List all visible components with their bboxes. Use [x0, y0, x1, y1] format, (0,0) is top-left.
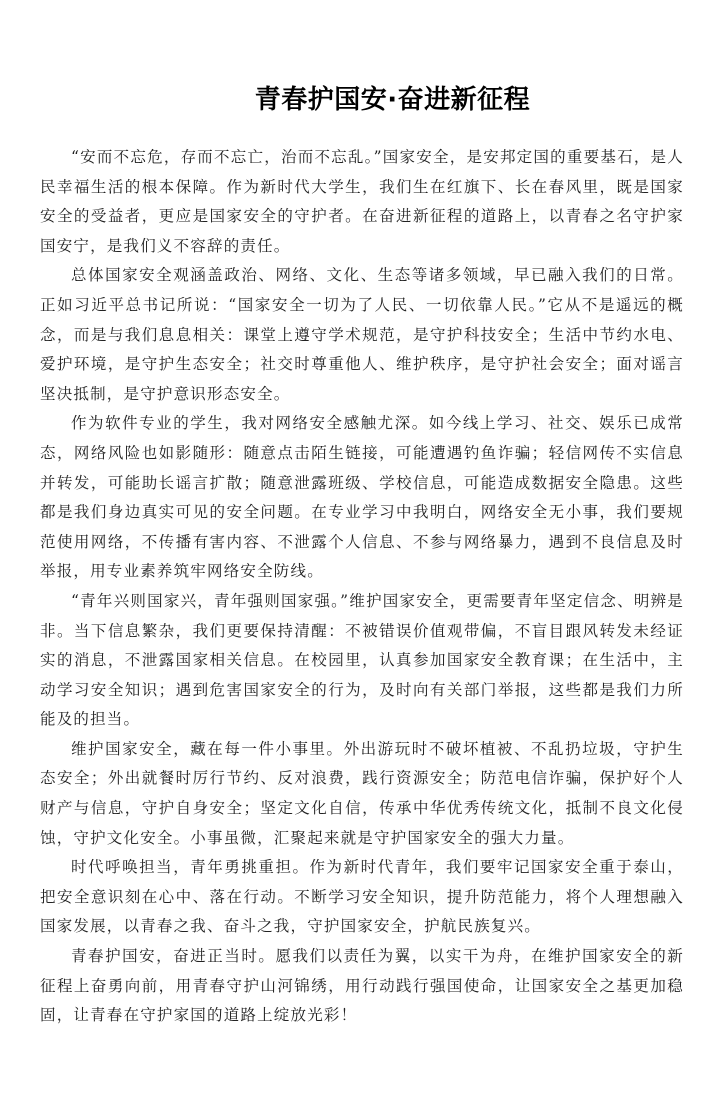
- paragraph-6: 时代呼唤担当，青年勇挑重担。作为新时代青年，我们要牢记国家安全重于泰山，把安全意…: [40, 853, 684, 942]
- document-page: 青春护国安·奋进新征程 “安而不忘危，存而不忘亡，治而不忘乱。”国家安全，是安邦…: [0, 0, 720, 1119]
- paragraph-2: 总体国家安全观涵盖政治、网络、文化、生态等诸多领域，早已融入我们的日常。正如习近…: [40, 261, 684, 409]
- document-title: 青春护国安·奋进新征程: [0, 82, 720, 118]
- paragraph-7: 青春护国安，奋进正当时。愿我们以责任为翼，以实干为舟，在维护国家安全的新征程上奋…: [40, 942, 684, 1031]
- paragraph-4: “青年兴则国家兴，青年强则国家强。”维护国家安全，更需要青年坚定信念、明辨是非。…: [40, 587, 684, 735]
- document-body: “安而不忘危，存而不忘亡，治而不忘乱。”国家安全，是安邦定国的重要基石，是人民幸…: [40, 143, 684, 1031]
- paragraph-3: 作为软件专业的学生，我对网络安全感触尤深。如今线上学习、社交、娱乐已成常态，网络…: [40, 409, 684, 587]
- paragraph-1: “安而不忘危，存而不忘亡，治而不忘乱。”国家安全，是安邦定国的重要基石，是人民幸…: [40, 143, 684, 261]
- paragraph-5: 维护国家安全，藏在每一件小事里。外出游玩时不破坏植被、不乱扔垃圾，守护生态安全；…: [40, 735, 684, 853]
